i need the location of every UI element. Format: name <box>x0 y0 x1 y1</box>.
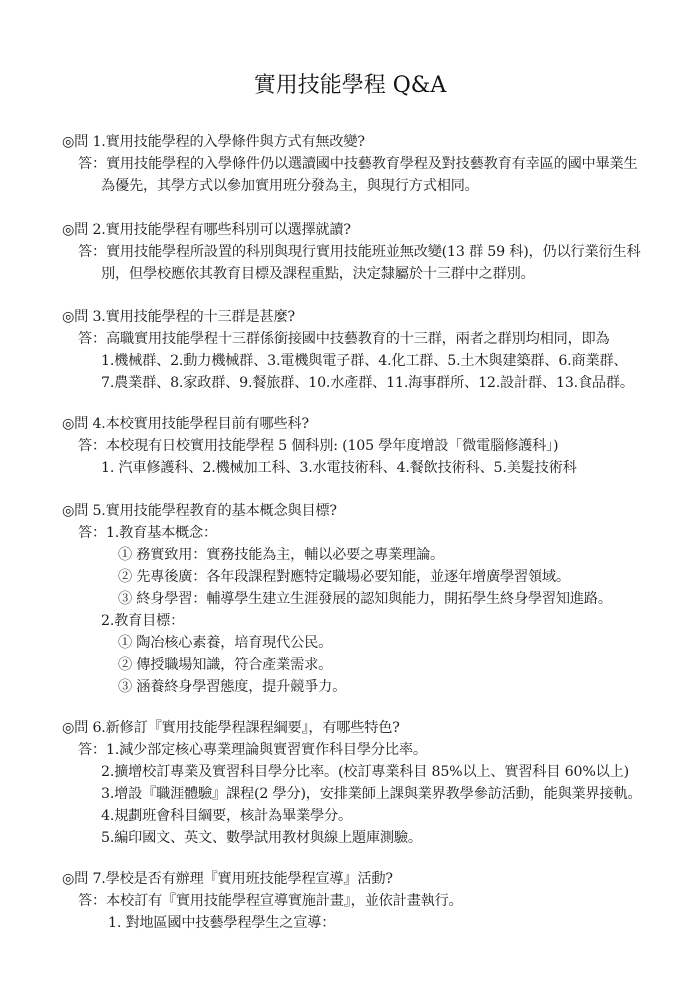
question-2: ◎問 2.實用技能學程有哪些科別可以選擇就讀? <box>62 220 351 240</box>
answer-1-line-2: 為優先，其學方式以參加實用班分發為主，與現行方式相同。 <box>101 176 479 196</box>
answer-5-concept-3: ③ 終身學習：輔導學生建立生涯發展的認知與能力，開拓學生終身學習知進路。 <box>118 589 612 609</box>
answer-3-line-2: 1.機械群、2.動力機械群、3.電機與電子群、4.化工群、5.土木與建築群、6.… <box>101 351 627 371</box>
answer-6-line-5: 5.編印國文、英文、數學試用教材與線上題庫測驗。 <box>101 828 422 848</box>
answer-5-concept-1: ① 務實致用：實務技能為主，輔以必要之專業理論。 <box>118 545 444 565</box>
answer-1-line-1: 答：實用技能學程的入學條件仍以選讀國中技藝教育學程及對技藝教育有幸區的國中畢業生 <box>78 154 638 174</box>
answer-7-line-1: 答：本校訂有『實用技能學程宣導實施計畫』，並依計畫執行。 <box>78 891 463 911</box>
document-page: 實用技能學程 Q&A ◎問 1.實用技能學程的入學條件與方式有無改變? 答：實用… <box>0 0 700 991</box>
answer-6-line-3: 3.增設『職涯體驗』課程(2 學分)，安排業師上課與業界教學參訪活動，能與業界接… <box>101 784 642 804</box>
answer-4-line-2: 1. 汽車修護科、2.機械加工科、3.水電技術科、4.餐飲技術科、5.美髮技術科 <box>101 458 577 478</box>
answer-4-line-1: 答：本校現有日校實用技能學程 5 個科別: (105 學年度增設「微電腦修護科」… <box>78 436 558 456</box>
answer-6-line-2: 2.擴增校訂專業及實習科目學分比率。(校訂專業科目 85%以上、實習科目 60%… <box>101 762 629 782</box>
question-6: ◎問 6.新修訂『實用技能學程課程綱要』，有哪些特色? <box>62 718 400 738</box>
answer-5-goal-1: ① 陶冶核心素養，培育現代公民。 <box>118 633 332 653</box>
document-title: 實用技能學程 Q&A <box>0 72 700 100</box>
question-4: ◎問 4.本校實用技能學程目前有哪些科? <box>62 414 309 434</box>
answer-7-line-2: 1. 對地區國中技藝學程學生之宣導： <box>108 913 335 933</box>
answer-6-line-1: 答：1.減少部定核心專業理論與實習實作科目學分比率。 <box>78 740 427 760</box>
answer-3-line-3: 7.農業群、8.家政群、9.餐旅群、10.水產群、11.海事群所、12.設計群、… <box>101 373 634 393</box>
answer-2-line-2: 別，但學校應依其教育目標及課程重點，決定隸屬於十三群中之群別。 <box>101 264 535 284</box>
answer-5-goal-2: ② 傳授職場知識，符合產業需求。 <box>118 655 332 675</box>
question-1: ◎問 1.實用技能學程的入學條件與方式有無改變? <box>62 132 365 152</box>
answer-6-line-4: 4.規劃班會科目綱要，核計為畢業學分。 <box>101 806 352 826</box>
answer-5-goal-3: ③ 涵養終身學習態度，提升競爭力。 <box>118 677 346 697</box>
question-5: ◎問 5.實用技能學程教育的基本概念與目標? <box>62 501 337 521</box>
question-3: ◎問 3.實用技能學程的十三群是甚麼? <box>62 307 295 327</box>
answer-3-line-1: 答：高職實用技能學程十三群係銜接國中技藝教育的十三群，兩者之群別均相同，即為 <box>78 329 610 349</box>
answer-5-line-1: 答：1.教育基本概念： <box>78 523 217 543</box>
question-7: ◎問 7.學校是否有辦理『實用班技能學程宣導』活動? <box>62 869 393 889</box>
answer-5-goals-heading: 2.教育目標： <box>101 611 184 631</box>
answer-5-concept-2: ② 先專後廣：各年段課程對應特定職場必要知能，並逐年增廣學習領域。 <box>118 567 570 587</box>
answer-2-line-1: 答：實用技能學程所設置的科別與現行實用技能班並無改變(13 群 59 科)，仍以… <box>78 242 640 262</box>
